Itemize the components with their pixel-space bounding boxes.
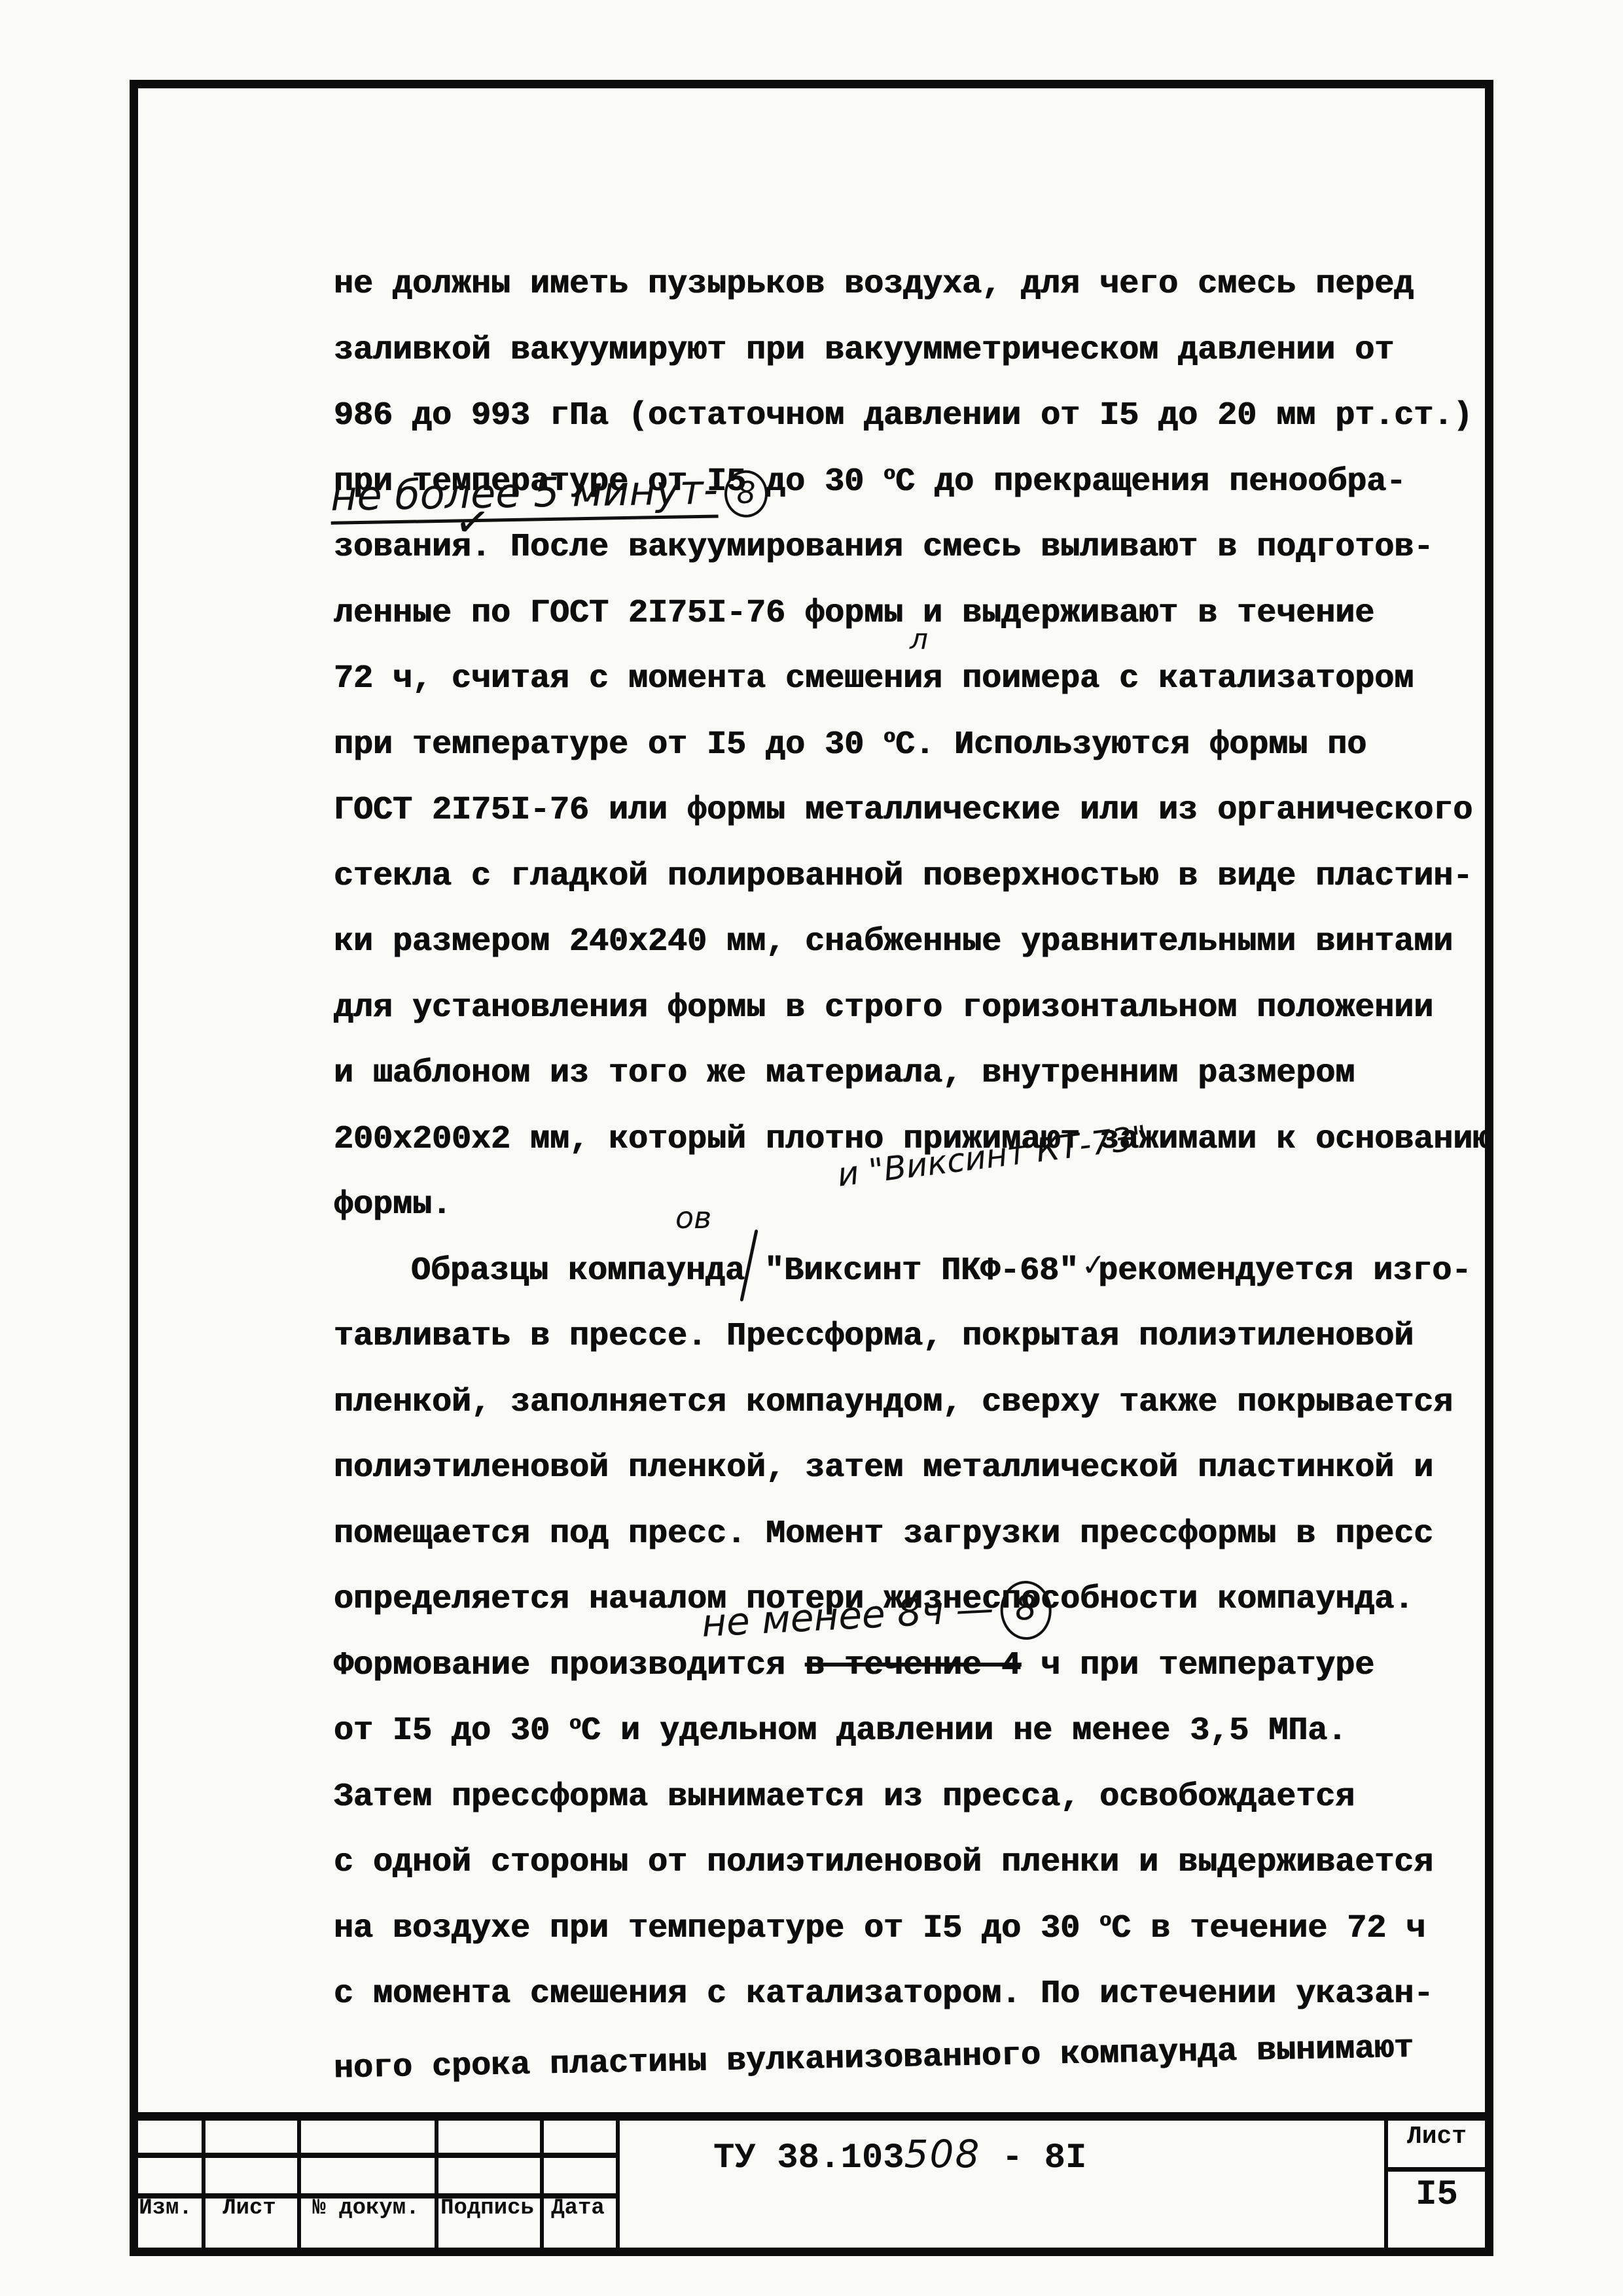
stamp-col-podpis: Подпись — [435, 2196, 540, 2221]
title-block-top-rule — [130, 2112, 1493, 2121]
typed-line: стекла с гладкой полированной поверхност… — [334, 844, 1492, 910]
struck-out-text: в течение 4 — [805, 1647, 1021, 1684]
stamp-divider — [202, 2121, 205, 2256]
stamp-divider — [435, 2121, 438, 2256]
handwritten-letter-l-insertion: л — [910, 623, 928, 656]
typed-line: полиэтиленовой пленкой, затем металличес… — [334, 1436, 1492, 1502]
superscript-degree: о — [569, 1713, 581, 1735]
doc-number-handwritten-part: 508 — [904, 2132, 981, 2176]
typed-line: Образцы компаунда "Виксинт ПКФ-68" реком… — [334, 1239, 1492, 1305]
typed-line: ГОСТ 2I75I-76 или формы металлические ил… — [334, 778, 1492, 844]
typed-line: от I5 до 30 оС и удельном давлении не ме… — [334, 1699, 1492, 1765]
typed-line: помещается под пресс. Момент загрузки пр… — [334, 1502, 1492, 1568]
superscript-degree: о — [883, 726, 895, 749]
stamp-col-izm: Изм. — [130, 2196, 202, 2221]
handwritten-insertion-5min: не более 5 минут-8 — [330, 465, 768, 525]
insertion-caret-mark-2: ✓ — [1080, 1246, 1108, 1283]
typed-line: ки размером 240х240 мм, снабженные уравн… — [334, 910, 1492, 976]
typed-line: заливкой вакуумируют при вакуумметрическ… — [334, 318, 1492, 384]
handwritten-ov-insertion: ов — [675, 1200, 711, 1235]
circled-number-badge: 8 — [724, 470, 768, 518]
stamp-divider — [297, 2121, 301, 2256]
stamp-divider — [540, 2121, 544, 2256]
superscript-degree: о — [1099, 1910, 1111, 1932]
typed-line: не должны иметь пузырьков воздуха, для ч… — [334, 252, 1492, 318]
doc-number-typed-part: - 8I — [980, 2138, 1086, 2178]
circled-number-badge-2: 8 — [999, 1580, 1053, 1641]
stamp-col-list: Лист — [202, 2196, 297, 2221]
sheet-box-rule — [1384, 2167, 1486, 2172]
doc-number: ТУ 38.103508 - 8I — [713, 2132, 1086, 2178]
typed-line: зования. После вакуумирования смесь выли… — [334, 515, 1492, 581]
stamp-divider — [616, 2121, 620, 2256]
scanned-document-page: { "doc": { "lines": [ {"seg":[{"t":"не д… — [0, 0, 1623, 2296]
stamp-col-docnum: № докум. — [297, 2196, 435, 2221]
typed-line: при температуре от I5 до 30 оС. Использу… — [334, 713, 1492, 779]
typed-line: на воздухе при температуре от I5 до 30 о… — [334, 1896, 1492, 1962]
sheet-label: Лист — [1388, 2123, 1486, 2151]
sheet-number: I5 — [1388, 2175, 1486, 2215]
typed-line: и шаблоном из того же материала, внутрен… — [334, 1041, 1492, 1107]
handwritten-insertion-5min-text: не более 5 минут- — [330, 466, 718, 525]
stamp-col-data: Дата — [540, 2196, 616, 2221]
typed-line: 72 ч, считая с момента смешения поимера … — [334, 646, 1492, 713]
typed-line: 986 до 993 гПа (остаточном давлении от I… — [334, 383, 1492, 450]
doc-number-typed-part: ТУ 38.103 — [713, 2138, 904, 2178]
typed-line: тавливать в прессе. Прессформа, покрытая… — [334, 1304, 1492, 1370]
typed-line: пленкой, заполняется компаундом, сверху … — [334, 1370, 1492, 1436]
superscript-degree: о — [883, 463, 895, 486]
typed-line: Затем прессформа вынимается из пресса, о… — [334, 1765, 1492, 1831]
typed-line: для установления формы в строго горизонт… — [334, 976, 1492, 1042]
typed-line: с одной стороны от полиэтиленовой пленки… — [334, 1830, 1492, 1896]
stamp-row-rule — [134, 2153, 616, 2158]
